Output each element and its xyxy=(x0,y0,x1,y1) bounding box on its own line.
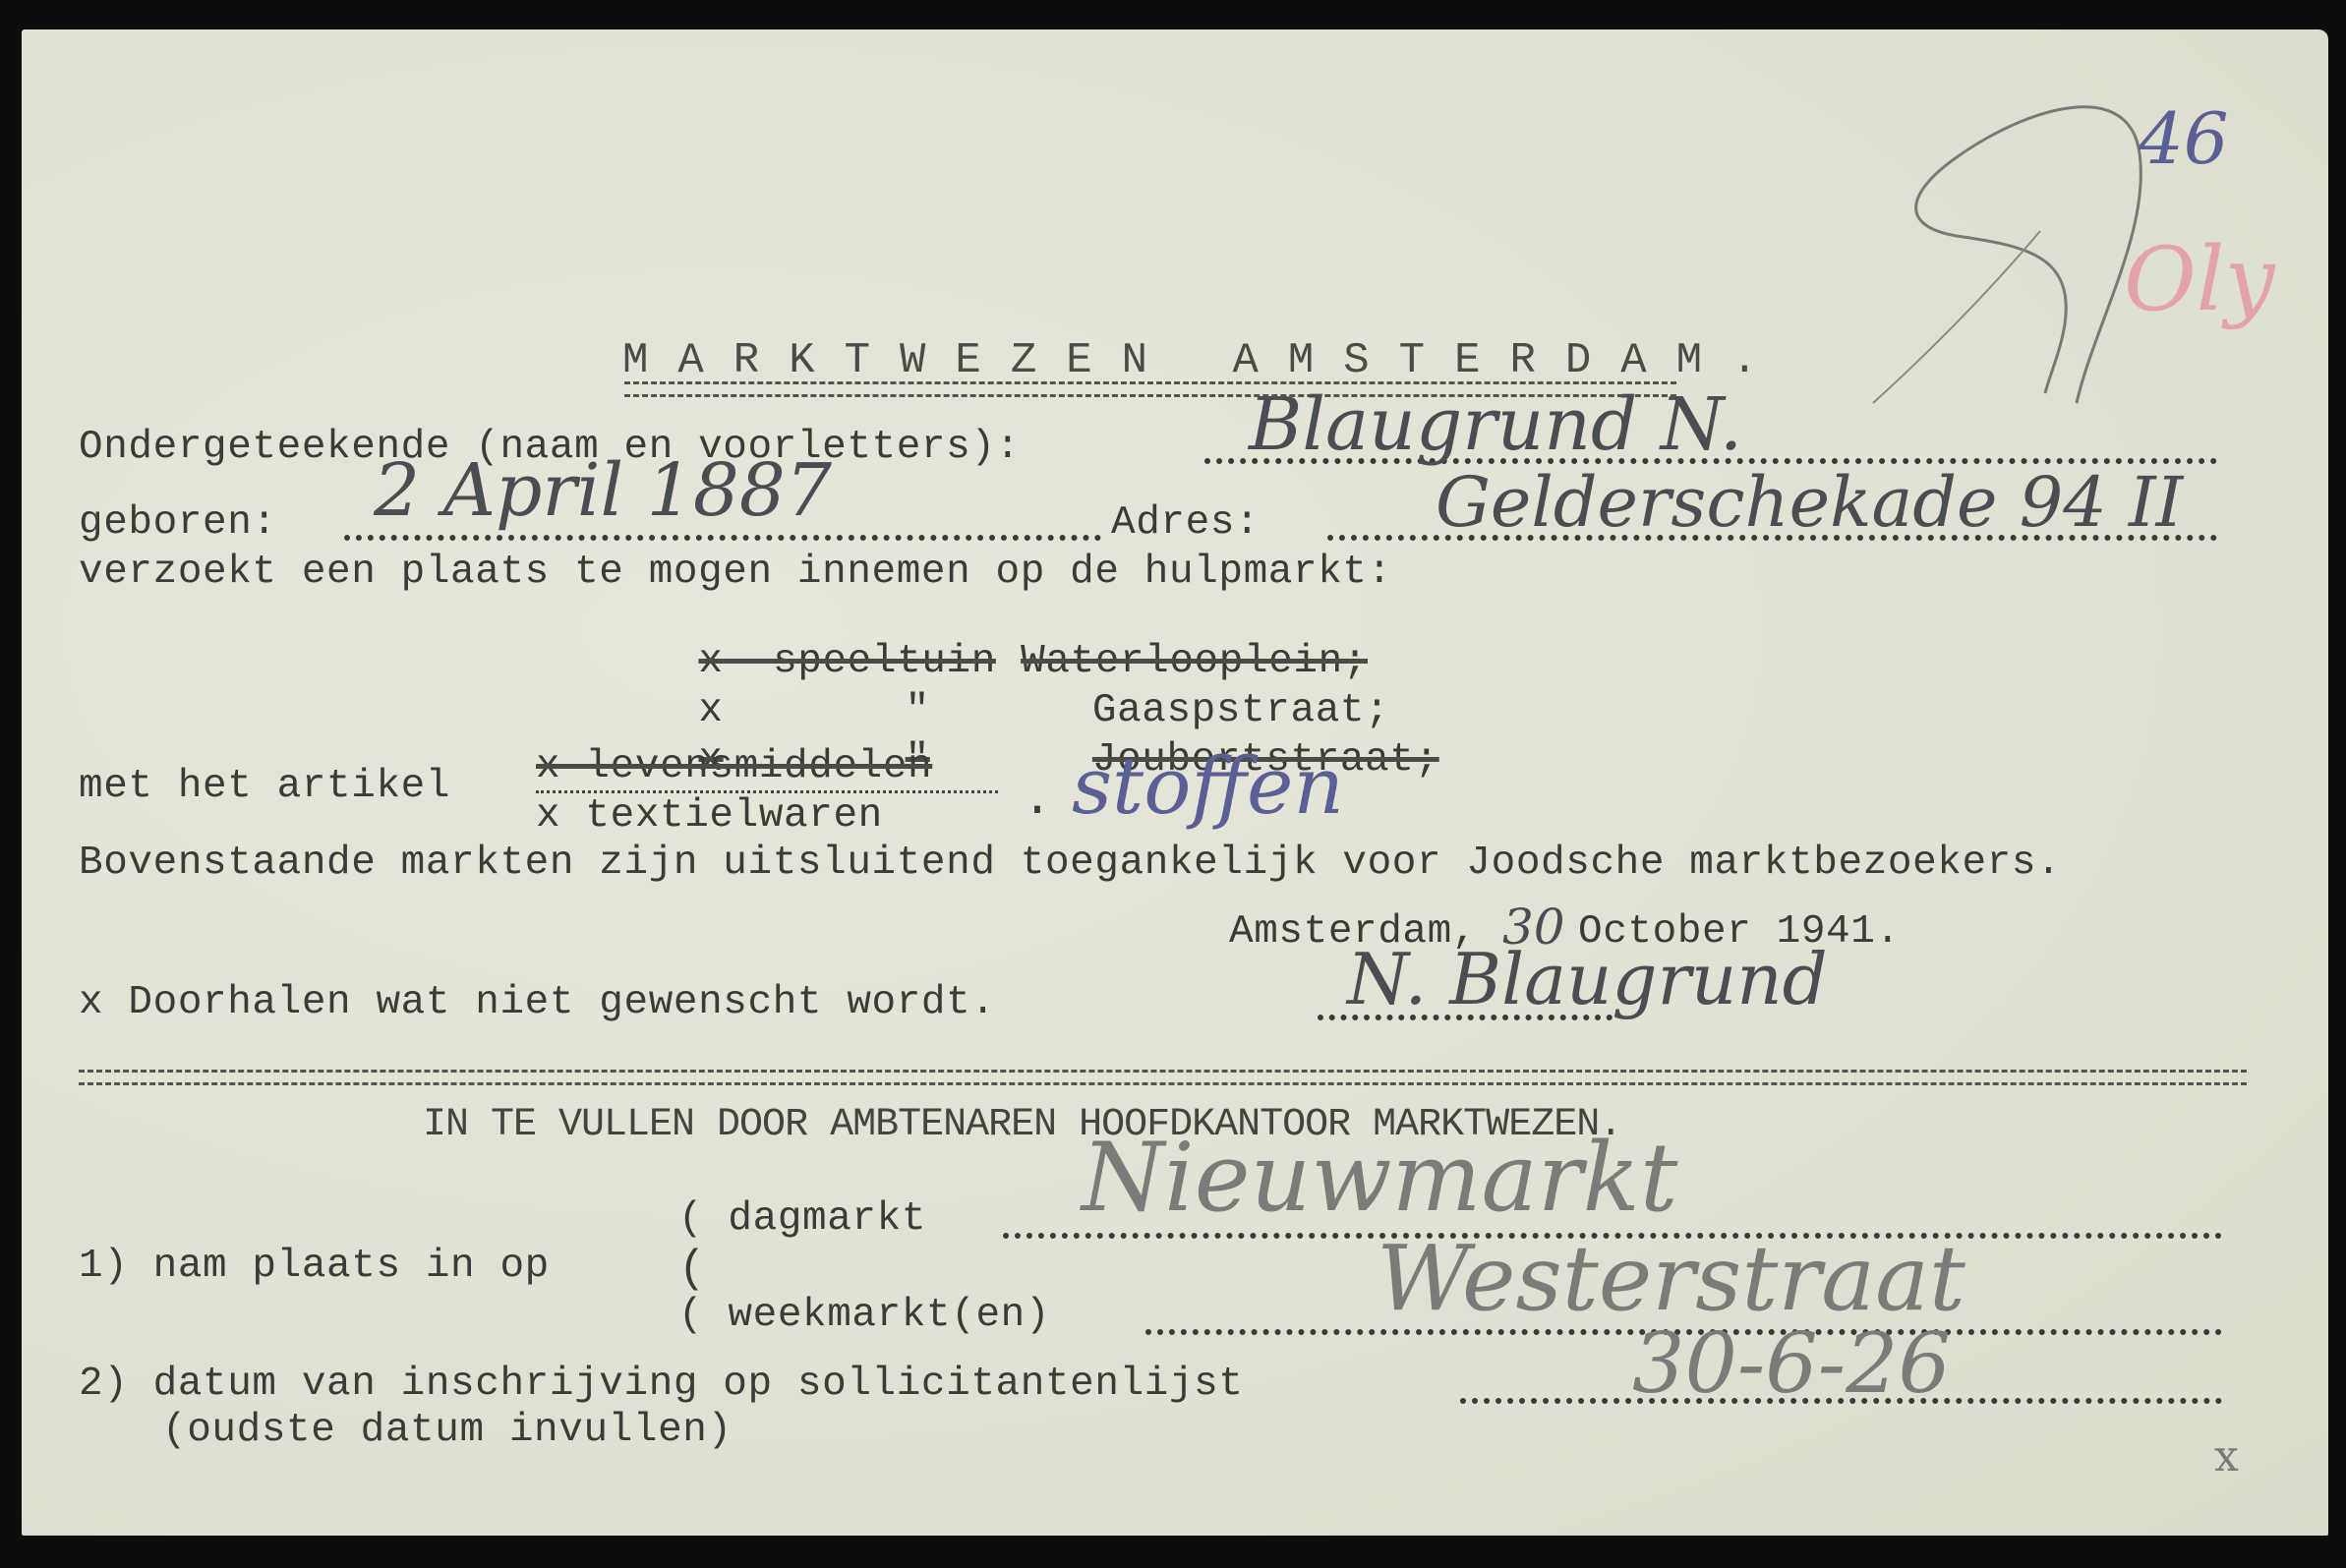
born-label: geboren: xyxy=(79,503,277,544)
article-option-1: x levensmiddelen xyxy=(536,747,932,787)
footnote-text: x Doorhalen wat niet gewenscht wordt. xyxy=(79,983,996,1023)
name-handwritten: Blaugrund N. xyxy=(1249,388,1742,461)
pink-pencil-mark: Oly xyxy=(2124,236,2274,324)
dagmarkt-handwritten: Nieuwmarkt xyxy=(1082,1131,1677,1225)
page-title: MARKTWEZEN AMSTERDAM. xyxy=(622,339,1788,382)
address-handwritten: Gelderschekade 94 II xyxy=(1436,468,2183,537)
notice-text: Bovenstaande markten zijn uitsluitend to… xyxy=(79,843,2061,884)
signature: N. Blaugrund xyxy=(1347,944,1828,1015)
born-dotted-line xyxy=(344,535,1101,541)
dagmarkt-label: ( dagmarkt xyxy=(678,1199,926,1240)
item2-handwritten: 30-6-26 xyxy=(1632,1322,1951,1405)
weekmarkt-label: ( weekmarkt(en) xyxy=(678,1296,1050,1336)
item2-sublabel: (oudste datum invullen) xyxy=(162,1411,733,1451)
article-dot: . xyxy=(1023,777,1053,826)
item2-label: 2) datum van inschrijving op sollicitant… xyxy=(79,1365,1244,1405)
section-separator xyxy=(79,1070,2247,1085)
blue-number-mark: 46 xyxy=(2139,103,2229,174)
corner-x-mark: x xyxy=(2214,1435,2239,1479)
born-handwritten: 2 April 1887 xyxy=(374,454,832,527)
item1-label: 1) nam plaats in op xyxy=(79,1247,550,1287)
brace-middle: ( xyxy=(678,1247,706,1292)
article-label: met het artikel xyxy=(79,767,450,807)
article-handwritten: stoffen xyxy=(1072,747,1344,826)
weekmarkt-handwritten: Westerstraat xyxy=(1377,1234,1965,1324)
request-text: verzoekt een plaats te mogen innemen op … xyxy=(79,552,1392,593)
address-label: Adres: xyxy=(1111,503,1260,544)
article-option-2: x textielwaren xyxy=(536,796,883,837)
